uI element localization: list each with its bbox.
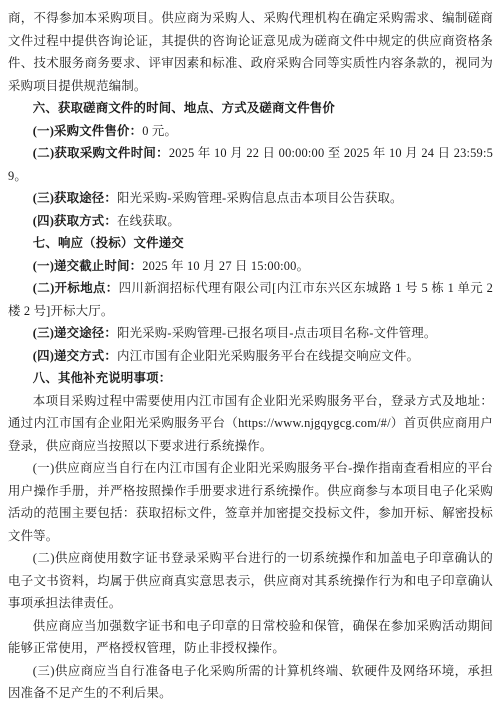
item-text: 在线获取。 <box>117 214 180 228</box>
item-label: (二)获取采购文件时间： <box>33 146 169 160</box>
item-label: (四)获取方式： <box>33 214 117 228</box>
item-label: (四)递交方式： <box>33 349 117 363</box>
section-6-item-2: (二)获取采购文件时间：2025 年 10 月 22 日 00:00:00 至 … <box>8 142 493 187</box>
section-7-item-4: (四)递交方式：内江市国有企业阳光采购服务平台在线提交响应文件。 <box>8 345 493 368</box>
section-7-heading: 七、响应（投标）文件递交 <box>8 232 493 255</box>
item-label: (三)获取途径： <box>33 191 117 205</box>
section-8-heading: 八、其他补充说明事项： <box>8 367 493 390</box>
paragraph-continuation: 商，不得参加本采购项目。供应商为采购人、采购代理机构在确定采购需求、编制磋商文件… <box>8 7 493 97</box>
item-text: 阳光采购-采购管理-已报名项目-点击项目名称-文件管理。 <box>117 326 436 340</box>
item-label: (二)开标地点： <box>33 281 119 295</box>
item-label: (三)递交途径： <box>33 326 117 340</box>
item-text: 阳光采购-采购管理-采购信息点击本项目公告获取。 <box>117 191 403 205</box>
section-7-item-2: (二)开标地点：四川新润招标代理有限公司[内江市东兴区东城路 1 号 5 栋 1… <box>8 277 493 322</box>
section-7-item-1: (一)递交截止时间：2025 年 10 月 27 日 15:00:00。 <box>8 255 493 278</box>
section-8-paragraph-3: (二)供应商使用数字证书登录采购平台进行的一切系统操作和加盖电子印章确认的电子文… <box>8 547 493 615</box>
item-text: 内江市国有企业阳光采购服务平台在线提交响应文件。 <box>117 349 419 363</box>
section-6-item-4: (四)获取方式：在线获取。 <box>8 210 493 233</box>
item-label: (一)递交截止时间： <box>33 259 142 273</box>
item-text: 0 元。 <box>142 124 177 138</box>
section-7-item-3: (三)递交途径：阳光采购-采购管理-已报名项目-点击项目名称-文件管理。 <box>8 322 493 345</box>
item-label: (一)采购文件售价： <box>33 124 142 138</box>
section-8-paragraph-5: (三)供应商应当自行准备电子化采购所需的计算机终端、软硬件及网络环境，承担因准备… <box>8 660 493 705</box>
section-6-item-1: (一)采购文件售价：0 元。 <box>8 120 493 143</box>
section-8-paragraph-4: 供应商应当加强数字证书和电子印章的日常校验和保管，确保在参加采购活动期间能够正常… <box>8 615 493 660</box>
item-text: 2025 年 10 月 27 日 15:00:00。 <box>142 259 309 273</box>
section-8-paragraph-1: 本项目采购过程中需要使用内江市国有企业阳光采购服务平台，登录方式及地址：通过内江… <box>8 390 493 458</box>
section-6-heading: 六、获取磋商文件的时间、地点、方式及磋商文件售价 <box>8 97 493 120</box>
section-8-paragraph-2: (一)供应商应当自行在内江市国有企业阳光采购服务平台-操作指南查看相应的平台用户… <box>8 457 493 547</box>
section-6-item-3: (三)获取途径：阳光采购-采购管理-采购信息点击本项目公告获取。 <box>8 187 493 210</box>
document-page: 商，不得参加本采购项目。供应商为采购人、采购代理机构在确定采购需求、编制磋商文件… <box>0 0 500 721</box>
